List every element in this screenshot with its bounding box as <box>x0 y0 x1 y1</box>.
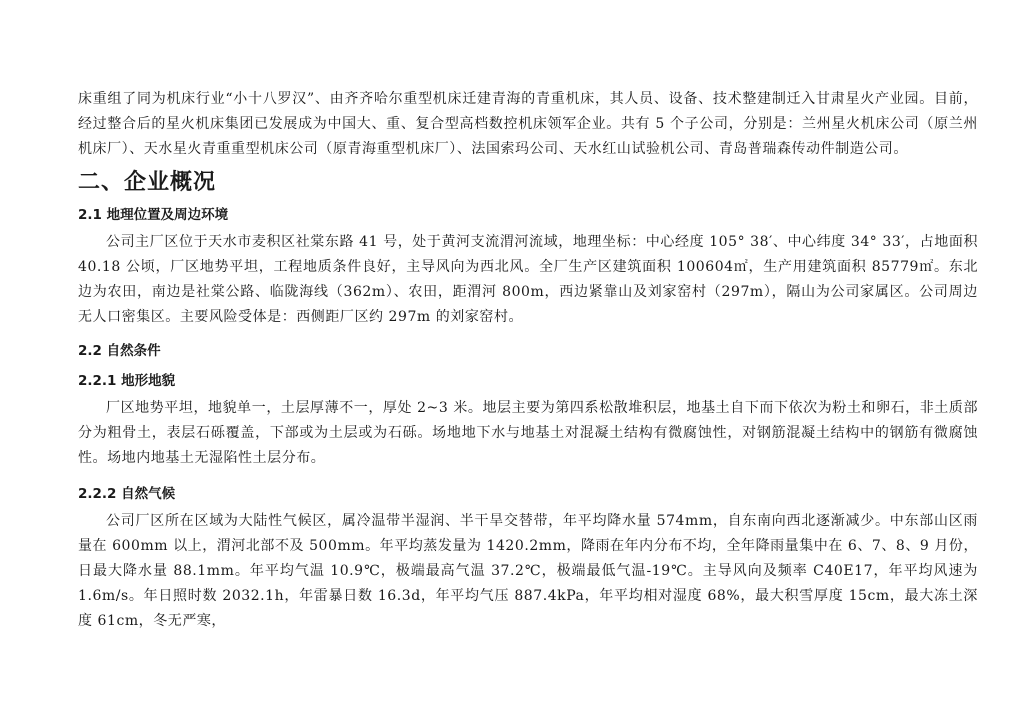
document-page: 床重组了同为机床行业“小十八罗汉”、由齐齐哈尔重型机床迁建青海的青重机床，其人员… <box>78 87 978 634</box>
section-title: 二、企业概况 <box>78 166 978 200</box>
location-paragraph: 公司主厂区位于天水市麦积区社棠东路 41 号，处于黄河支流渭河流域，地理坐标：中… <box>78 230 978 330</box>
subsection-heading-2-2: 2.2 自然条件 <box>78 336 978 366</box>
terrain-paragraph: 厂区地势平坦，地貌单一，土层厚薄不一，厚处 2~3 米。地层主要为第四系松散堆积… <box>78 396 978 471</box>
intro-paragraph: 床重组了同为机床行业“小十八罗汉”、由齐齐哈尔重型机床迁建青海的青重机床，其人员… <box>78 87 978 162</box>
subsection-heading-2-1: 2.1 地理位置及周边环境 <box>78 200 978 230</box>
spacer <box>78 471 978 479</box>
subsection-heading-2-2-1: 2.2.1 地形地貌 <box>78 366 978 396</box>
subsection-heading-2-2-2: 2.2.2 自然气候 <box>78 479 978 509</box>
climate-paragraph: 公司厂区所在区域为大陆性气候区，属冷温带半湿润、半干旱交替带，年平均降水量 57… <box>78 509 978 634</box>
